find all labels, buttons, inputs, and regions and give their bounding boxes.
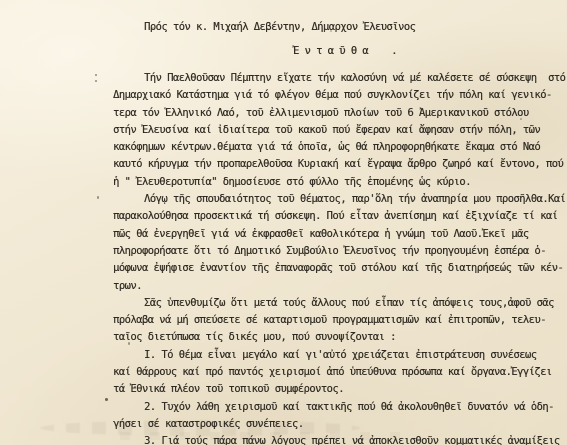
body-line: Δημαρχιακό Κατάστημα γιά τό φλέγον θέμα …	[113, 87, 567, 104]
body-line: κακόφημων κέντρων.θέματα γιά τά ὁποῖα, ὡ…	[113, 139, 567, 156]
letter-body: Τήν Παελθοῦσαν Πέμπτην εἴχατε τήν καλοσύ…	[113, 70, 567, 445]
body-line: ταῖος διετύπωσα τίς δικές μου, πού συνοψ…	[113, 329, 567, 346]
recipient-line: Πρός τόν κ. Μιχαήλ Δεβέντην, Δήμαρχον Ἐλ…	[144, 21, 415, 33]
body-line: καυτό κήρυγμα τήν προπαρελθοῦσα Κυριακή …	[113, 156, 567, 173]
body-line: τρων.	[113, 278, 567, 295]
body-line: γήσει σέ καταστροφικές συνέπειες.	[113, 416, 567, 433]
body-line: πῶς θά ἐνεργηθεῖ γιά νά ἐκφρασθεῖ καθολι…	[113, 226, 567, 243]
scan-speck	[97, 196, 99, 199]
body-line: ἡ " Ἐλευθεροτυπία" δημοσίευσε στό φύλλο …	[113, 174, 567, 191]
body-line: Σᾶς ὑπενθυμίζω ὅτι μετά τούς ἄλλους πού …	[113, 295, 567, 312]
body-line: Τήν Παελθοῦσαν Πέμπτην εἴχατε τήν καλοσύ…	[113, 70, 567, 87]
body-line: Λόγῳ τῆς σπουδαιότητος τοῦ θέματος, παρ'…	[113, 191, 567, 208]
scan-speck	[95, 74, 97, 76]
body-line: μόφωνα ἐψήφισε ἐναντίον τῆς ἐπαναφορᾶς τ…	[113, 260, 567, 277]
body-line: 3. Γιά τούς πάρα πάνω λόγους πρέπει νά ἀ…	[113, 433, 567, 445]
scan-speck	[95, 80, 97, 82]
body-line: τά Ἐθνικά πλέον τοῦ τοπικοῦ συμφέροντος.	[113, 381, 567, 398]
body-line: τερα τόν Ἑλληνικό Λαό, τοῦ ἐλλιμενισμοῦ …	[113, 105, 567, 122]
letter-page: Πρός τόν κ. Μιχαήλ Δεβέντην, Δήμαρχον Ἐλ…	[0, 0, 567, 445]
body-line: 2. Τυχόν λάθη χειρισμοῦ καί τακτικῆς πού…	[113, 399, 567, 416]
body-line: πρόλαβα νά μή σπεύσετε σέ καταρτισμοῦ πρ…	[113, 312, 567, 329]
body-line: πληροφορήσατε ὅτι τό Δημοτικό Συμβούλιο …	[113, 243, 567, 260]
body-line: παρακολούθησα προσεκτικά τή σύσκεψη. Πού…	[113, 208, 567, 225]
body-line: καί θάρρους καί πρό παντός χειρισμοί ἀπό…	[113, 364, 567, 381]
location-line: Ἐ ν τ α ῦ θ α .	[293, 45, 397, 57]
body-line: στήν Ἐλευσίνα καί ἰδιαίτερα τοῦ κακοῦ πο…	[113, 122, 567, 139]
scan-speck	[105, 398, 108, 401]
body-line: Ι. Τό θέμα εἶναι μεγάλο καί γι'αὐτό χρει…	[113, 347, 567, 364]
